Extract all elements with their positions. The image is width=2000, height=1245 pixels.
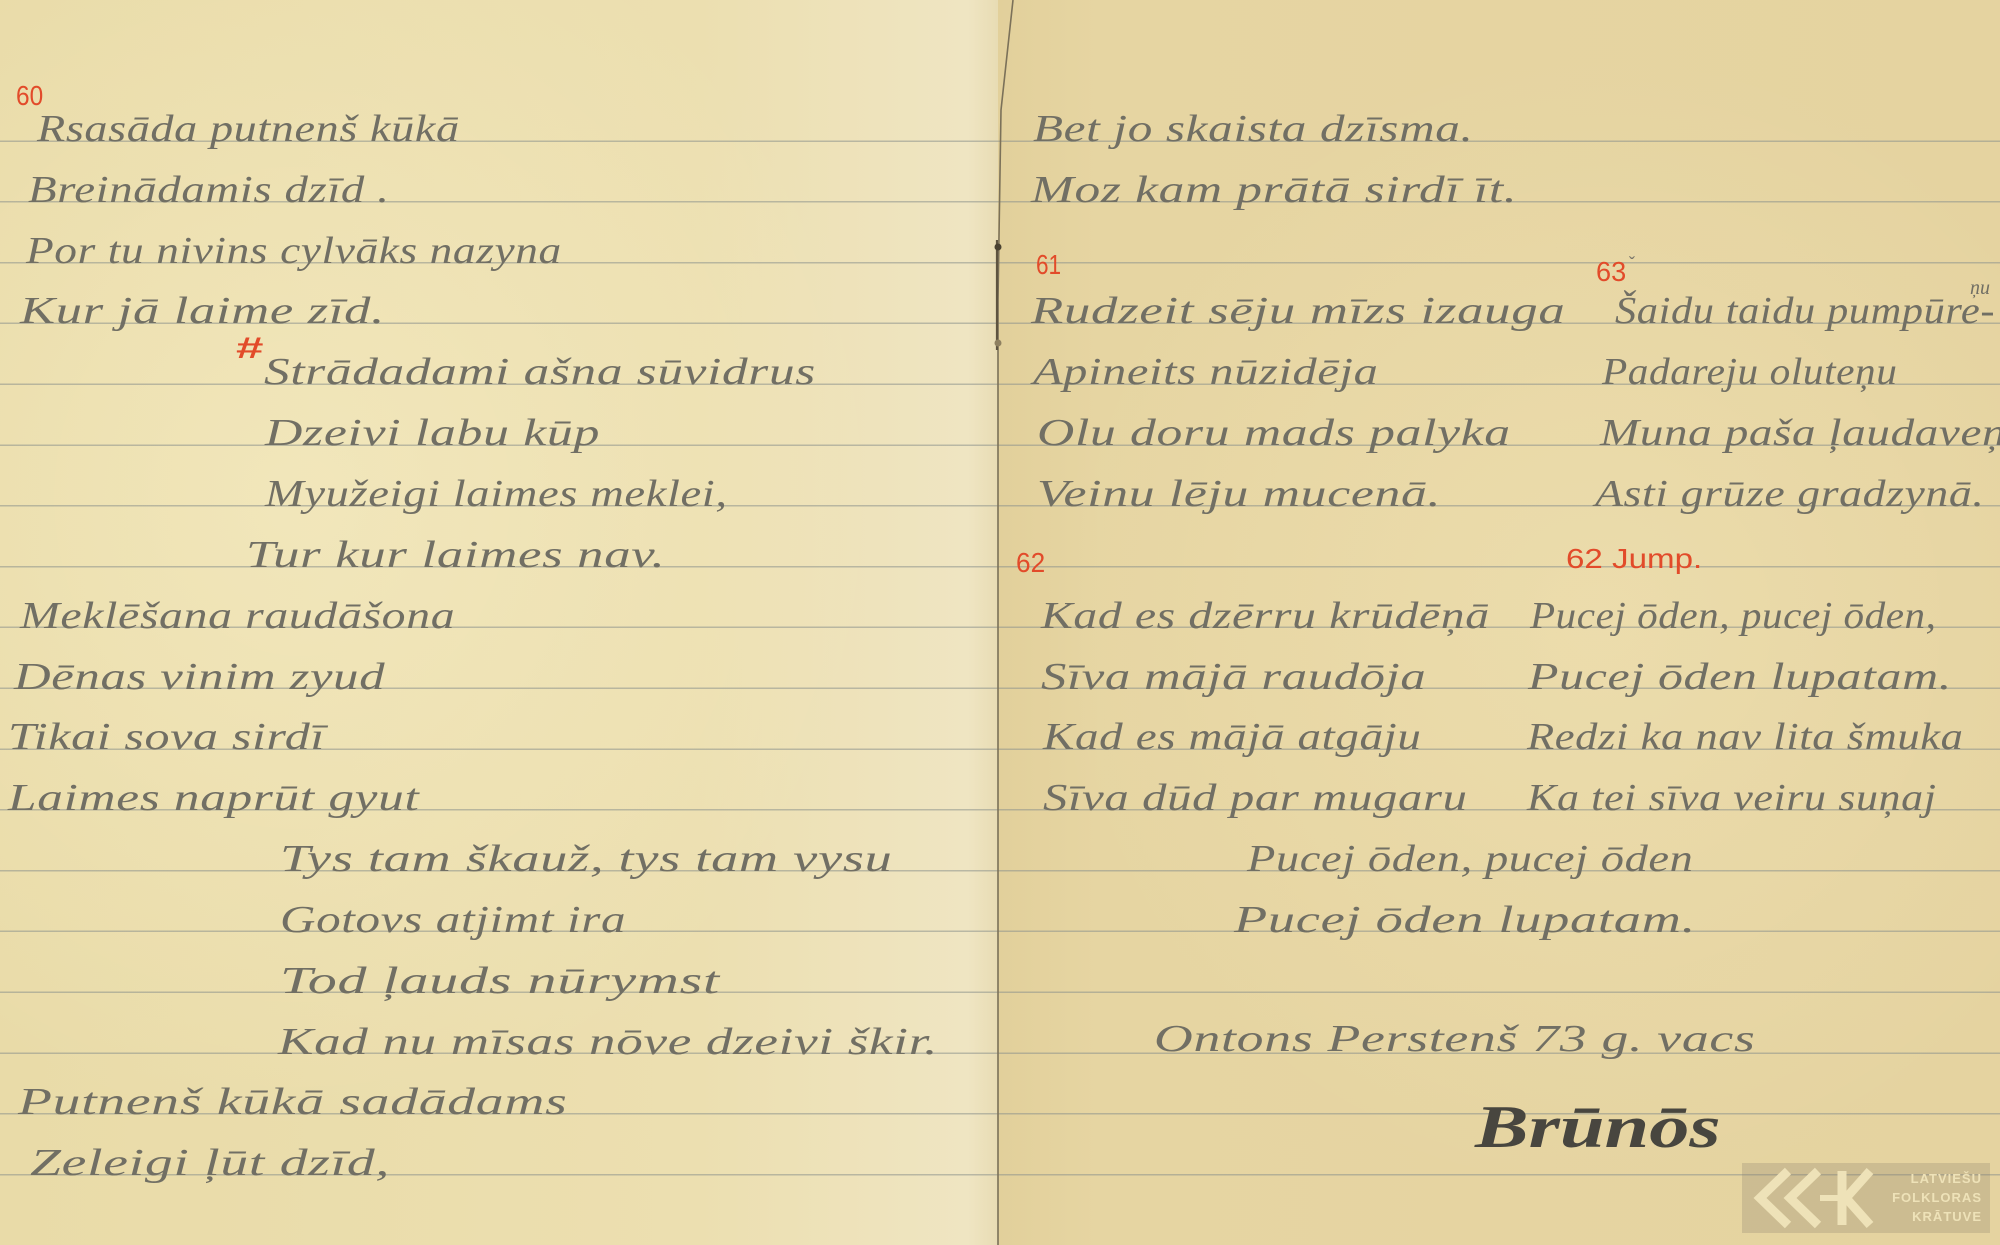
song-number: 62 [1016,549,1045,577]
poem-line: Dzeivi labu kūp [265,414,600,452]
watermark-text: LATVIEŠU FOLKLORAS KRĀTUVE [1870,1169,1982,1226]
poem-line: Tikai sova sirdī [8,718,325,756]
poem-line: Veinu lēju mucenā. [1037,475,1441,513]
poem-line: Padareju oluteņu [1602,353,1897,391]
poem-line: Rudzeit sēju mīzs izauga [1031,292,1565,330]
refrain-line: Pucej ōden lupatam. [1234,901,1696,939]
poem-line: Redzi ka nav lita šmuka [1527,718,1964,756]
poem-line: Kad es dzērru krūdēņā [1041,597,1490,635]
poem-line: Kad nu mīsas nōve dzeivi škir. [278,1023,938,1061]
poem-line: Šaidu taidu pumpūre- [1615,292,1995,330]
poem-line: Por tu nivins cylvāks nazyna [26,232,562,270]
poem-line: Olu doru mads palyka [1037,414,1511,452]
correction-mark-icon: # [236,334,263,364]
song-number: 60 [16,82,43,110]
poem-line: Putnenš kūkā sadādams [18,1083,568,1121]
poem-line: Asti grūze gradzynā. [1595,475,1984,513]
poem-line: Ka tei sīva veiru suņaj [1527,779,1937,817]
poem-line: Pucej ōden lupatam. [1528,658,1952,696]
song-number: 62 Jump. [1566,545,1702,573]
poem-line: Rsasāda putnenš kūkā [37,110,460,148]
watermark-line: KRĀTUVE [1870,1207,1982,1226]
song-number: 61 [1036,251,1061,279]
poem-line: Sīva mājā raudōja [1041,658,1426,696]
poem-line: Breinādamis dzīd . [28,171,390,209]
signature: Brūnōs [1475,1097,1721,1157]
poem-line: Bet jo skaista dzīsma. [1033,110,1473,148]
poem-line: Laimes naprūt gyut [8,779,419,817]
poem-line: Moz kam prātā sirdī īt. [1031,171,1517,209]
poem-line: Tys tam škauž, tys tam vysu [280,840,893,878]
poem-line: Gotovs atjimt ira [280,901,626,939]
poem-line: Muna paša ļaudaveņu [1600,414,2000,452]
watermark-line: FOLKLORAS [1870,1188,1982,1207]
song-number: 63 [1596,258,1626,286]
poem-line: Zeleigi ļūt dzīd, [30,1144,390,1182]
poem-line: Strādadami ašna sūvidrus [264,353,816,391]
poem-line: Meklēšana raudāšona [20,597,455,635]
poem-line: Dēnas vinim zyud [14,658,385,696]
poem-line: Apineits nūzidēja [1033,353,1378,391]
watermark-line: LATVIEŠU [1870,1169,1982,1188]
poem-line: Tod ļauds nūrymst [280,962,720,1000]
poem-line: Myužeigi laimes meklei, [265,475,728,513]
poem-line: Pucej ōden, pucej ōden, [1530,597,1936,635]
refrain-line: Pucej ōden, pucej ōden [1247,840,1693,878]
poem-line: Sīva dūd par mugaru [1043,779,1468,817]
poem-line: Tur kur laimes nav. [246,536,665,574]
caret-mark: ˇ [1629,254,1635,275]
archive-watermark-logo: LATVIEŠU FOLKLORAS KRĀTUVE [1742,1163,1990,1233]
poem-line: Kad es mājā atgāju [1043,718,1422,756]
informant-credit: Ontons Perstenš 73 g. vacs [1154,1020,1756,1058]
poem-line: Kur jā laime zīd. [20,292,385,330]
